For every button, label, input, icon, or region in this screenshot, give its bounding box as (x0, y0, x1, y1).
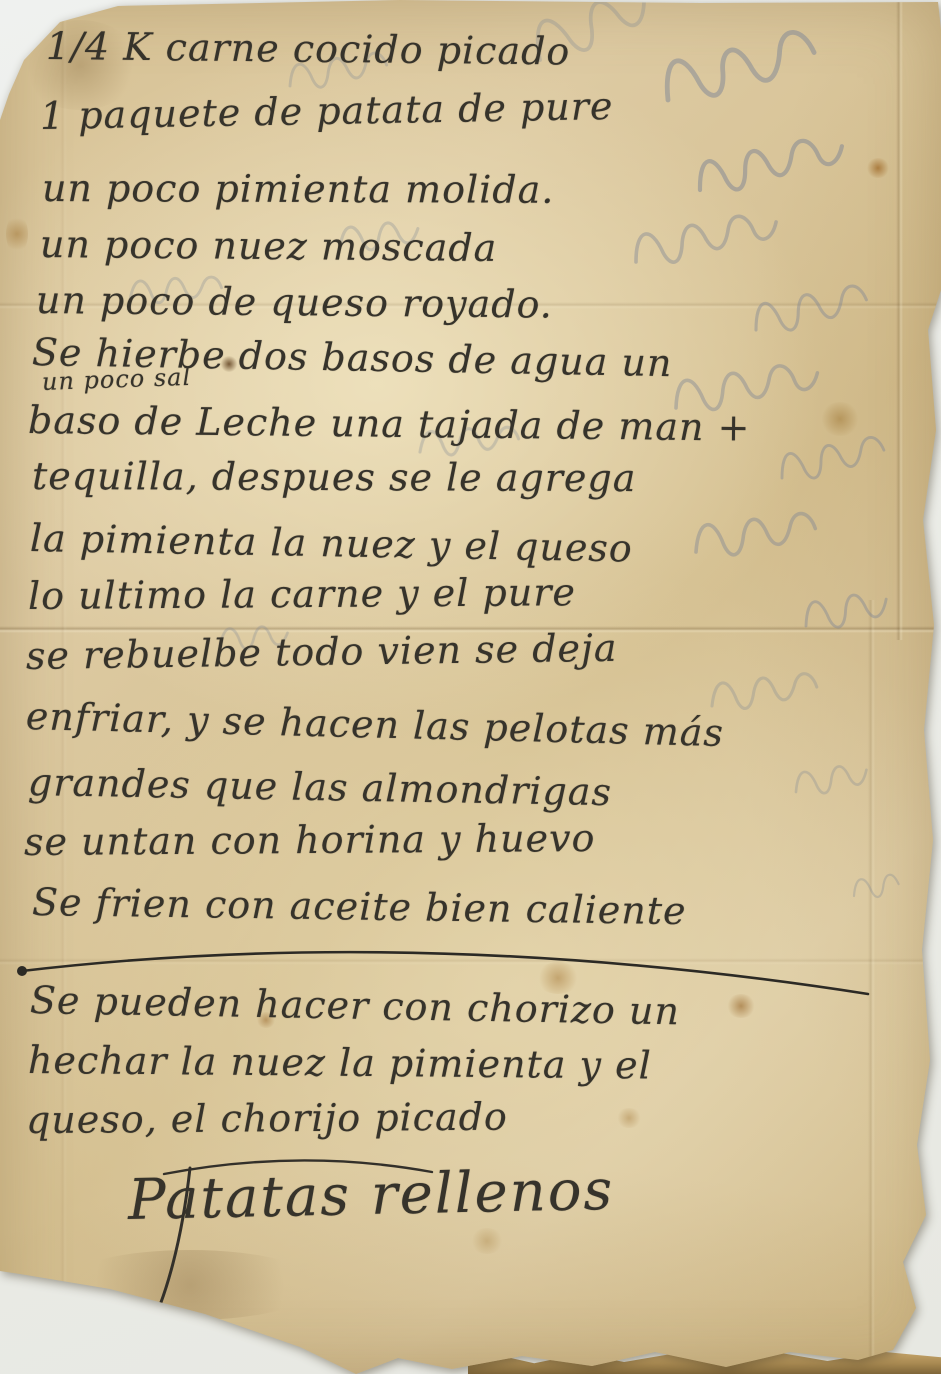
recipe-line-5: un poco de queso royado. (36, 278, 553, 327)
recipe-line-12: se rebuelbe todo vien se deja (26, 626, 618, 678)
recipe-line-18: hechar la nuez la pimienta y el (28, 1038, 652, 1087)
recipe-line-1: 1/4 K carne cocido picado (46, 24, 571, 73)
fold-crease (896, 0, 903, 640)
recipe-line-13: enfriar, y se hacen las pelotas más (25, 694, 724, 755)
recipe-line-7-insertion: un poco sal (42, 363, 192, 396)
stain (866, 158, 890, 178)
recipe-line-14: grandes que las almondrigas (28, 760, 613, 814)
recipe-title: Patatas rellenos (127, 1158, 615, 1233)
recipe-line-3: un poco pimienta molida. (42, 166, 555, 212)
stain (6, 214, 28, 254)
recipe-line-10: la pimienta la nuez y el queso (30, 516, 634, 571)
recipe-line-19: queso, el chorijo picado (26, 1095, 508, 1142)
recipe-line-4: un poco nuez moscada (40, 222, 498, 270)
stain (470, 1228, 504, 1254)
recipe-line-17: Se pueden hacer con chorizo un (30, 978, 681, 1033)
tear-edge-shadow (60, 1250, 320, 1320)
recipe-line-9: tequilla, despues se le agrega (32, 454, 637, 500)
recipe-line-15: se untan con horina y huevo (24, 816, 596, 864)
fold-crease (868, 600, 875, 1374)
stain (726, 994, 756, 1018)
recipe-line-11: lo ultimo la carne y el pure (28, 570, 576, 618)
paper-sheet-wrapper: 1/4 K carne cocido picado 1 paquete de p… (0, 0, 941, 1374)
stain (616, 1108, 642, 1128)
recipe-line-8: baso de Leche una tajada de man + (28, 398, 751, 450)
fold-crease (0, 958, 941, 965)
stain (820, 402, 860, 436)
paper-sheet: 1/4 K carne cocido picado 1 paquete de p… (0, 0, 941, 1374)
scanned-page: 1/4 K carne cocido picado 1 paquete de p… (0, 0, 941, 1374)
recipe-line-16: Se frien con aceite bien caliente (32, 880, 687, 933)
recipe-line-2: 1 paquete de patata de pure (40, 84, 614, 138)
